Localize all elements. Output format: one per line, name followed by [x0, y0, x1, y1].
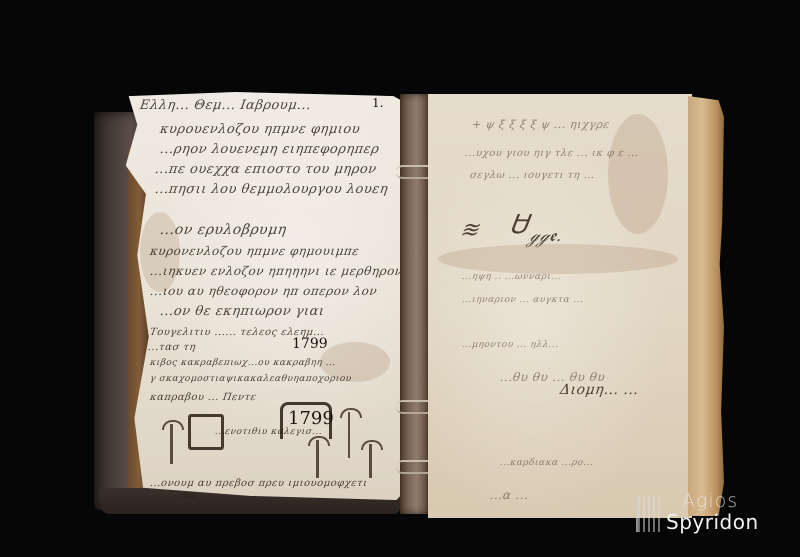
watermark-line-1: Agios — [682, 490, 738, 512]
anchor-drawing — [316, 440, 319, 478]
left-line-15: καπραβου ... Πεντε — [149, 392, 257, 403]
page-number-mark: 1. — [372, 96, 383, 110]
stain — [608, 114, 668, 234]
right-line-3: σεγλω ... ιουγετι τη ... — [469, 170, 595, 181]
right-line-1: + ψ ξ ξ ξ ξ ψ ... ηιχγρε — [471, 118, 611, 131]
left-line-7: κυρονενλοζου ηπμνε φημουιμπε — [149, 244, 360, 258]
scribble-drawing: ≋ — [458, 218, 478, 243]
left-line-4: ...πε ουεχχα επιοστο του μηρον — [154, 162, 378, 177]
left-line-18: ...ηου ... — [169, 491, 212, 501]
left-line-1: Ελλη... Θεμ... Ιαβρουμ... — [139, 98, 312, 113]
book-spine — [400, 94, 430, 514]
anchor-drawing — [369, 444, 372, 478]
watermark-line-2: Spyridon — [666, 510, 759, 534]
left-line-16: ...ενοτιθιυ καλεγισ... — [214, 427, 323, 437]
right-legible-word: Διομη... ... — [559, 382, 640, 398]
church-facade-icon — [636, 496, 660, 532]
left-line-17: ...ονουμ αυ πρεβοσ πρευ ιμιουομοφχετι — [149, 478, 368, 489]
left-line-9: ...ιου αυ ηθεοφορον ηπ οπερον λον — [149, 284, 378, 298]
right-line-6: ...μηοντου ... ηλλ... — [461, 340, 559, 350]
right-cover-edge — [688, 96, 724, 516]
stain — [438, 244, 678, 274]
right-line-9: ...καρδιακα ...ρο... — [499, 458, 594, 468]
left-line-6: ...ον ερυλοβρυμη — [159, 222, 288, 238]
left-line-5: ...πησιι λου θεμμολουργου λουεη — [154, 182, 389, 197]
anchor-drawing — [170, 424, 173, 464]
photo-scene: Ελλη... Θεμ... Ιαβρουμ... 1. κυρουενλοζο… — [0, 0, 800, 557]
left-line-13: κιβος κακραβεπιωχ...ου κακραβηη ... — [149, 358, 336, 368]
left-line-3: ...ρηον λουενεμη ειηπεφορηπερ — [159, 142, 380, 157]
date-1799-small: 1799 — [292, 336, 328, 352]
right-line-4: ...ηψη .. ...ωνναρι... — [461, 272, 562, 282]
left-line-14: γ σκαχομοστιαψικακαλεαθυηαποχοριου — [149, 374, 352, 384]
right-line-10: ...α ... — [489, 488, 530, 502]
left-line-2: κυρουενλοζου ηπμνε φημιου — [159, 122, 361, 137]
cross-drawing — [348, 412, 350, 458]
left-line-10: ...ον θε εκηπιωρον γιαι — [159, 304, 326, 319]
right-line-2: ...υχου γιου ηιγ τλε ... ικ φ ε ... — [464, 148, 639, 159]
watermark: Agios Spyridon — [636, 490, 796, 540]
date-1799-large: 1799 — [288, 408, 334, 429]
signature-flourish: ℊℊꬲ. — [528, 224, 563, 246]
left-line-8: ...ιηκυεν ενλοζον ηπηηηνι ιε μερθηρον — [149, 264, 404, 278]
right-line-5: ...ιηναριον ... αυγκτα ... — [461, 295, 584, 305]
left-line-12: ...τασ τη — [147, 342, 196, 353]
